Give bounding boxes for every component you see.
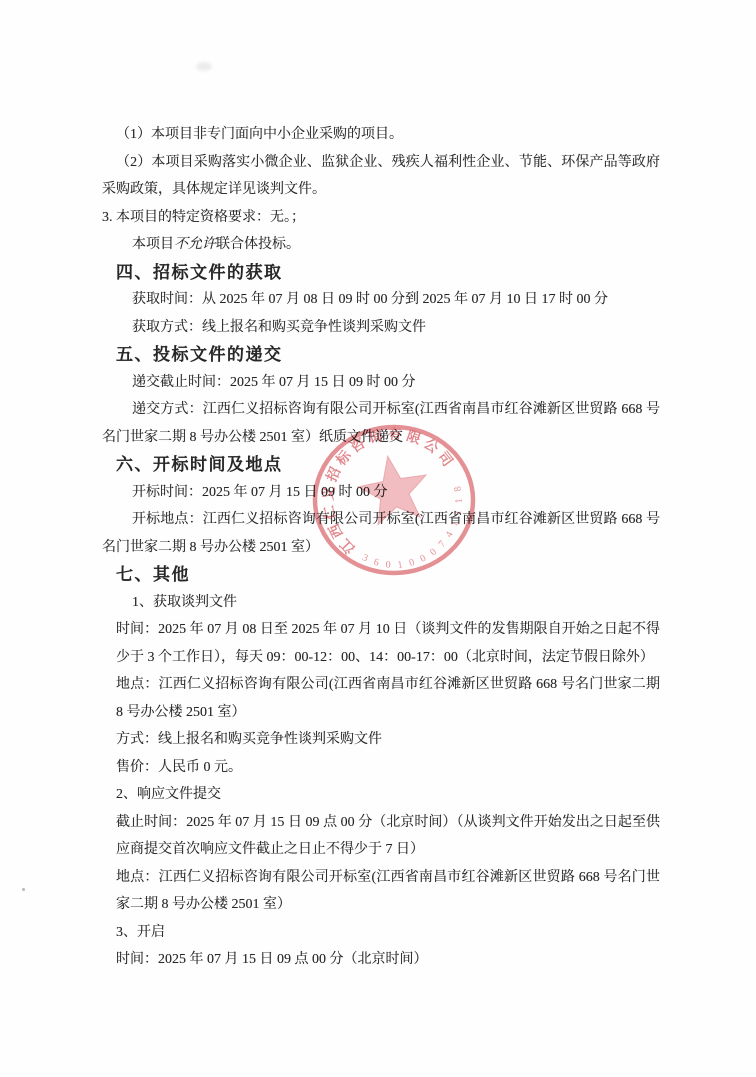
section-heading-5-bid-submission: 五、投标文件的递交 bbox=[116, 341, 660, 369]
acquisition-time: 获取时间：从 2025 年 07 月 08 日 09 时 00 分到 2025 … bbox=[102, 286, 660, 314]
other-item-3-time: 时间：2025 年 07 月 15 日 09 点 00 分（北京时间） bbox=[116, 946, 660, 974]
consortium-suffix: 联合体投标。 bbox=[216, 237, 300, 252]
clause-policy: （2）本项目采购落实小微企业、监狱企业、残疾人福利性企业、节能、环保产品等政府采… bbox=[102, 149, 660, 204]
section-heading-4-document-acquisition: 四、招标文件的获取 bbox=[116, 259, 660, 287]
other-item-2-deadline: 截止时间：2025 年 07 月 15 日 09 点 00 分（北京时间）（从谈… bbox=[116, 809, 660, 864]
clause-not-sme-targeted: （1）本项目非专门面向中小企业采购的项目。 bbox=[102, 121, 660, 149]
other-item-1-time: 时间：2025 年 07 月 08 日至 2025 年 07 月 10 日（谈判… bbox=[116, 616, 660, 671]
other-item-2-title: 2、响应文件提交 bbox=[116, 781, 660, 809]
document-body: （1）本项目非专门面向中小企业采购的项目。 （2）本项目采购落实小微企业、监狱企… bbox=[102, 121, 660, 974]
scan-dot bbox=[22, 888, 25, 891]
submission-deadline: 递交截止时间：2025 年 07 月 15 日 09 时 00 分 bbox=[102, 369, 660, 397]
clause-qualification: 3. 本项目的特定资格要求：无。； bbox=[102, 204, 660, 232]
other-item-1-method: 方式：线上报名和购买竞争性谈判采购文件 bbox=[116, 726, 660, 754]
other-item-3-title: 3、开启 bbox=[116, 919, 660, 947]
section-heading-6-opening-time-place: 六、开标时间及地点 bbox=[116, 451, 660, 479]
clause-consortium: 本项目不允许联合体投标。 bbox=[102, 231, 660, 259]
consortium-emphasis: 不允许 bbox=[174, 237, 216, 252]
submission-method: 递交方式：江西仁义招标咨询有限公司开标室(江西省南昌市红谷滩新区世贸路 668 … bbox=[102, 396, 660, 451]
acquisition-method: 获取方式：线上报名和购买竞争性谈判采购文件 bbox=[102, 314, 660, 342]
document-page: （1）本项目非专门面向中小企业采购的项目。 （2）本项目采购落实小微企业、监狱企… bbox=[0, 0, 756, 1077]
section-heading-7-other: 七、其他 bbox=[116, 561, 660, 589]
other-item-1-title: 1、获取谈判文件 bbox=[102, 589, 660, 617]
opening-time: 开标时间：2025 年 07 月 15 日 09 时 00 分 bbox=[102, 479, 660, 507]
other-item-1-place: 地点：江西仁义招标咨询有限公司(江西省南昌市红谷滩新区世贸路 668 号名门世家… bbox=[116, 671, 660, 726]
opening-place: 开标地点：江西仁义招标咨询有限公司开标室(江西省南昌市红谷滩新区世贸路 668 … bbox=[102, 506, 660, 561]
other-item-1-price: 售价：人民币 0 元。 bbox=[116, 754, 660, 782]
consortium-prefix: 本项目 bbox=[132, 237, 174, 252]
other-item-2-place: 地点：江西仁义招标咨询有限公司开标室(江西省南昌市红谷滩新区世贸路 668 号名… bbox=[116, 864, 660, 919]
scan-smudge bbox=[196, 62, 212, 71]
